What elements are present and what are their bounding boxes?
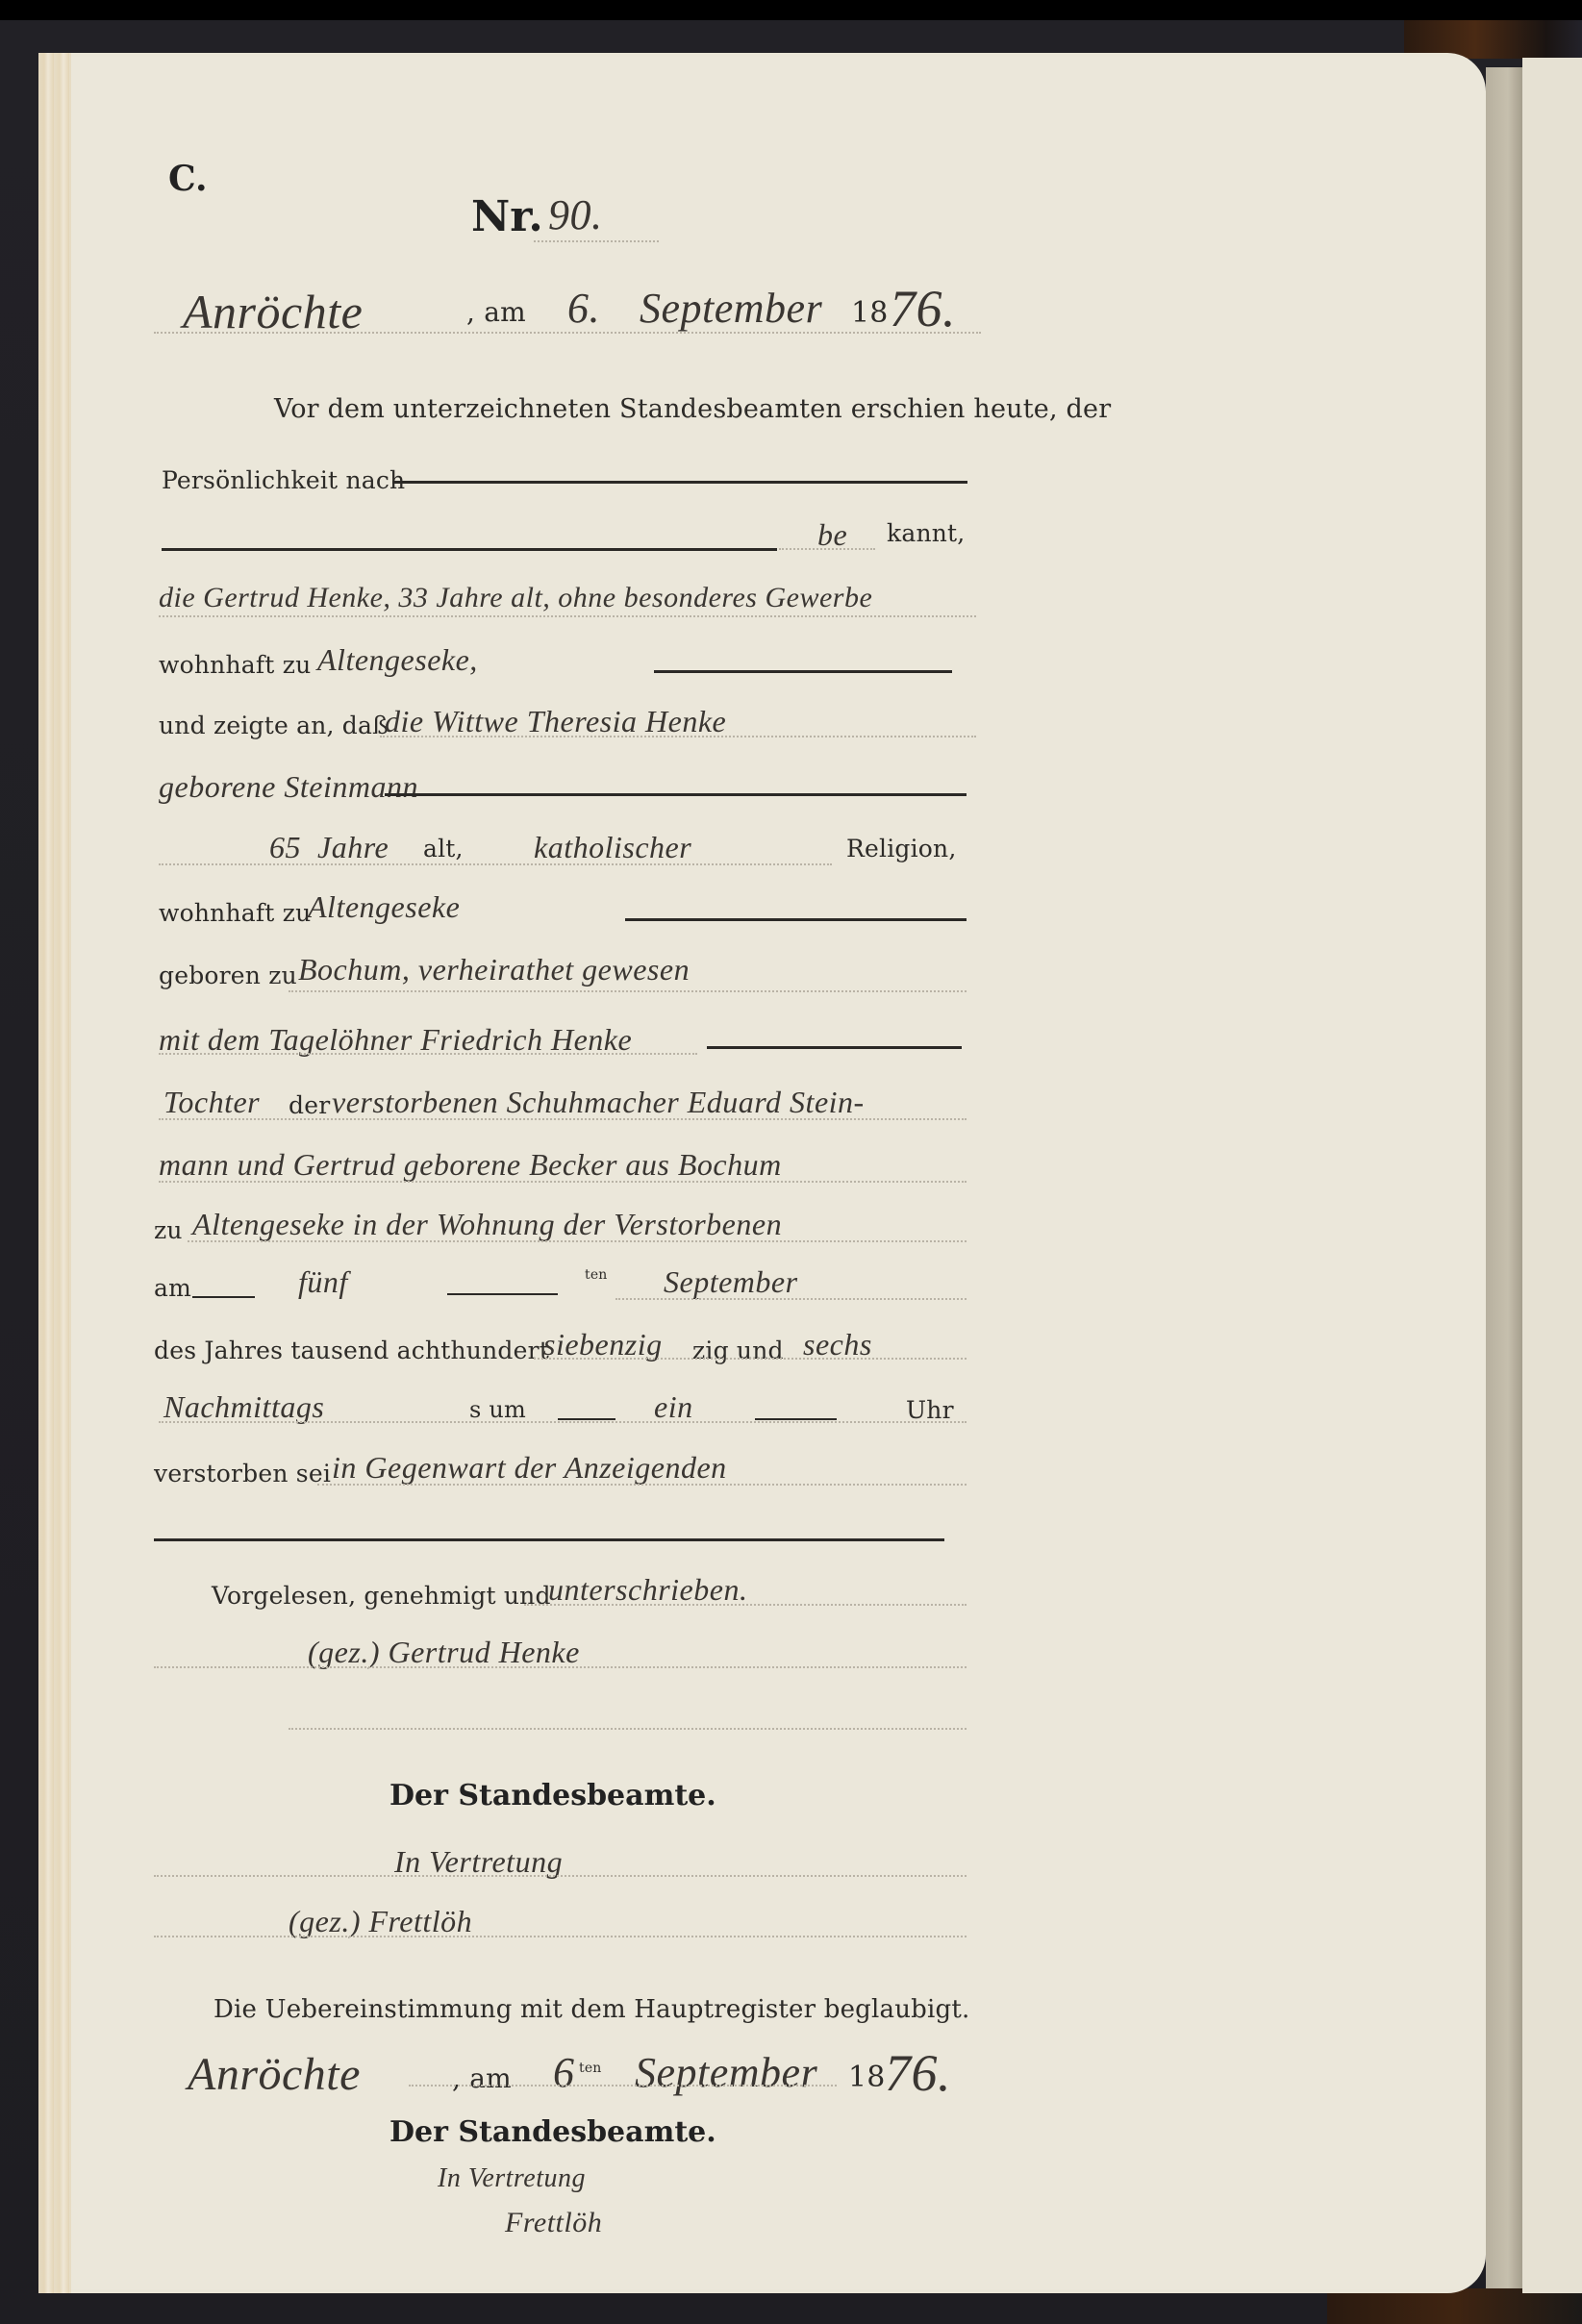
year-label: des Jahres tausend achthundert: [154, 1337, 549, 1364]
residence-line-1: [654, 670, 952, 673]
blank-dotline: [289, 1728, 967, 1730]
record-year-suffix: 76.: [890, 279, 956, 338]
registrar-title: Der Standesbeamte.: [389, 1779, 716, 1812]
year-tens-label: zig und: [692, 1337, 784, 1364]
record-day: 6.: [567, 284, 600, 333]
spouse-dotline: [159, 1053, 697, 1055]
parents-article: der: [289, 1091, 330, 1119]
record-date-sep: , am: [466, 296, 526, 328]
read-dotline: [524, 1604, 967, 1606]
residence-label-2: wohnhaft zu: [159, 899, 311, 927]
death-day-line-b: [447, 1293, 558, 1295]
parents-dotline-2: [159, 1181, 967, 1183]
record-year-prefix: 18: [851, 296, 889, 330]
informant-signature: (gez.) Gertrud Henke: [308, 1635, 580, 1670]
residence-value-1: Altengeseke,: [317, 642, 478, 678]
death-place-dotline: [188, 1240, 967, 1242]
read-approved-label: Vorgelesen, genehmigt und: [212, 1582, 551, 1610]
parents-mother: mann und Gertrud geborene Becker aus Boc…: [159, 1147, 782, 1183]
time-dotline: [159, 1421, 967, 1423]
informant-signature-dotline: [154, 1666, 967, 1668]
residence-value-2: Altengeseke: [308, 889, 460, 925]
death-day-suffix: ten: [585, 1267, 608, 1283]
age-label: alt,: [423, 835, 464, 862]
hour-value: ein: [654, 1389, 693, 1425]
residence-label-1: wohnhaft zu: [159, 651, 311, 679]
identity-label: Persönlichkeit nach: [162, 466, 405, 494]
religion-value: katholischer: [534, 830, 691, 865]
year-dotline: [534, 1358, 967, 1360]
birthplace-label: geboren zu: [159, 962, 297, 989]
record-number-value: 90.: [548, 190, 603, 239]
certification-day-suffix: ten: [579, 2061, 602, 2076]
time-label: s um: [469, 1396, 526, 1423]
deceased-name: die Wittwe Theresia Henke: [385, 704, 726, 739]
book-cover-bottom: [1327, 2288, 1582, 2324]
spouse-line: [707, 1046, 962, 1049]
hour-label: Uhr: [906, 1396, 954, 1424]
maiden-line: [385, 793, 967, 796]
registrar-deputy-dotline: [154, 1875, 967, 1877]
death-day-label: am: [154, 1274, 191, 1302]
parents-relation: Tochter: [163, 1085, 260, 1120]
record-number-label: Nr.: [471, 192, 543, 241]
death-place-label: zu: [154, 1216, 183, 1244]
died-dotline: [317, 1484, 967, 1486]
religion-label: Religion,: [846, 835, 957, 862]
death-month-dotline: [615, 1298, 967, 1300]
age-unit: Jahre: [317, 830, 389, 865]
deceased-dotline: [380, 736, 976, 737]
age-religion-dotline: [159, 863, 832, 865]
page-gutter-shadow: [1486, 67, 1522, 2288]
page-edge-strips: [38, 53, 71, 2293]
died-circumstance: in Gegenwart der Anzeigenden: [332, 1450, 727, 1486]
time-of-day: Nachmittags: [163, 1389, 324, 1425]
form-intro: Vor dem unterzeichneten Standesbeamten e…: [274, 394, 1111, 424]
adjacent-page: [1522, 58, 1582, 2293]
hour-line-b: [755, 1418, 837, 1420]
record-month: September: [640, 284, 822, 333]
certification-month: September: [635, 2048, 817, 2097]
deceased-age: 65: [269, 830, 301, 865]
number-dotline: [534, 240, 659, 242]
certification-registrar-signature: Frettlöh: [505, 2207, 602, 2239]
parents-dotline-1: [159, 1118, 967, 1120]
residence-line-2: [625, 918, 967, 921]
certification-statement: Die Uebereinstimmung mit dem Hauptregist…: [213, 1995, 969, 2024]
certification-date-sep: , am: [452, 2062, 512, 2094]
section-divider: [154, 1538, 944, 1541]
identity-dotline: [779, 548, 875, 550]
birthplace-value: Bochum, verheirathet gewesen: [298, 952, 690, 987]
certification-year-prefix: 18: [848, 2061, 886, 2094]
series-letter: C.: [168, 159, 208, 199]
registrar-signature-dotline: [154, 1936, 967, 1937]
death-day-line-a: [192, 1296, 255, 1298]
birthplace-dotline: [289, 990, 967, 992]
report-label: und zeigte an, daß: [159, 712, 389, 739]
certification-year-suffix: 76.: [885, 2043, 951, 2103]
informant-dotline: [159, 615, 976, 617]
certification-place: Anröchte: [188, 2048, 361, 2101]
certification-date-dotline: [409, 2085, 837, 2087]
identity-line-2: [162, 548, 777, 551]
date-dotline: [154, 332, 981, 334]
hour-line-a: [558, 1418, 615, 1420]
certification-registrar-deputy: In Vertretung: [438, 2163, 586, 2194]
identity-line-1: [392, 481, 967, 484]
deceased-maiden-name: geborene Steinmann: [159, 769, 418, 805]
certification-registrar-title: Der Standesbeamte.: [389, 2115, 716, 2149]
parents-father: verstorbenen Schuhmacher Eduard Stein-: [332, 1085, 865, 1120]
died-label: verstorben sei: [154, 1460, 331, 1487]
death-day-value: fünf: [298, 1264, 348, 1300]
read-approved-value: unterschrieben.: [548, 1572, 747, 1608]
death-place-value: Altengeseke in der Wohnung der Verstorbe…: [192, 1207, 782, 1242]
identity-suffix-print: kannt,: [887, 519, 965, 547]
informant-description: die Gertrud Henke, 33 Jahre alt, ohne be…: [159, 582, 872, 614]
death-month-value: September: [664, 1264, 798, 1300]
certification-day: 6: [553, 2048, 575, 2097]
window-title-bar: /Abt_Ostwestfalen-Lippe/P6/P6-13/~003/P6…: [0, 0, 1582, 20]
registrar-signature: (gez.) Frettlöh: [289, 1904, 472, 1939]
